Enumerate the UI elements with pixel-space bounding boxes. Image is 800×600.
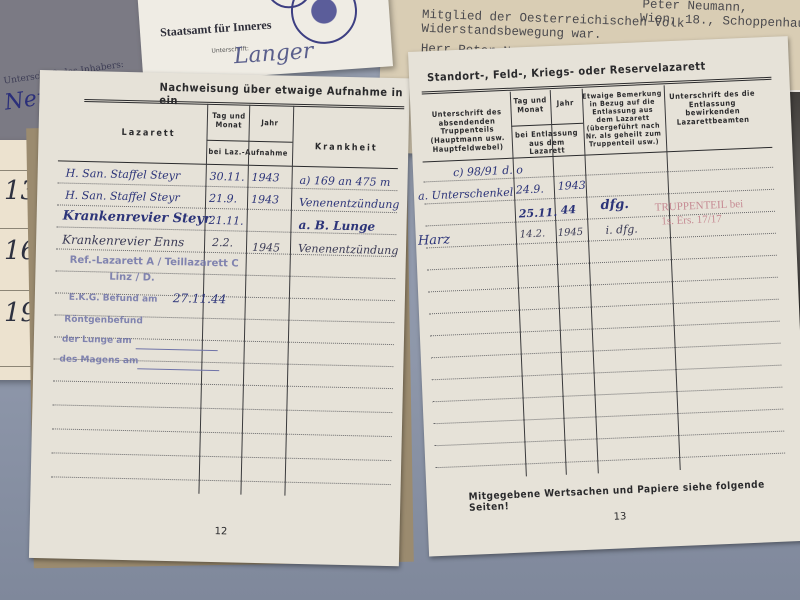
lazarett-stamp: Ref.-Lazarett A / Teillazarett C [70, 255, 239, 270]
col-header-jahr: Jahr [550, 99, 580, 109]
cell-bemerkung: i. dfg. [605, 223, 638, 237]
cell-jahr: 44 [560, 203, 576, 217]
col-header-bemerkung: Etwaige Bemerkung in Bezug auf die Entla… [582, 89, 664, 149]
row-line [53, 380, 393, 389]
exam-label: der Lunge am [62, 335, 132, 347]
unit-stamp: 1s. Ers. 17/17 [661, 213, 722, 228]
cell-tag: 2.2. [212, 236, 233, 249]
cell-jahr: 1943 [251, 193, 279, 207]
cell-lazarett: H. San. Staffel Steyr [65, 189, 180, 205]
cell-jahr: 1945 [557, 227, 583, 239]
cell-lazarett: H. San. Staffel Steyr [66, 167, 181, 183]
col-header-jahr: Jahr [251, 119, 289, 128]
cell-jahr: 1945 [252, 241, 280, 255]
cell-lazarett: Krankenrevier Enns [62, 233, 184, 250]
cell-tag: 14.2. [520, 228, 546, 240]
row-line [425, 211, 775, 227]
row-line [51, 476, 391, 485]
cell-unterschrift: Harz [418, 232, 451, 248]
col-header-krankheit: Krankheit [296, 142, 396, 155]
col-header-unterschrift-truppenteil: Unterschrift des absendenden Truppenteil… [423, 108, 513, 155]
column-line [240, 105, 250, 495]
col-header-unterschrift-beamten: Unterschrift des die Entlassung bewirken… [666, 89, 759, 127]
office-name: Staatsamt für Inneres [160, 18, 272, 41]
row-line [429, 299, 779, 315]
booklet-page-13: Standort-, Feld-, Kriegs- oder Reservela… [408, 36, 800, 556]
col-header-bei-entlassung: bei Entlassung aus dem Lazarett [511, 129, 582, 158]
cell-tag: 30.11. [209, 170, 244, 184]
unit-stamp: TRUPPENTEIL bei [654, 198, 743, 214]
cell-bemerkung: dfg. [600, 197, 629, 213]
page-number: 12 [214, 526, 227, 537]
cell-tag: 21.9. [209, 192, 237, 206]
cell-krankheit: a. B. Lunge [298, 218, 375, 234]
booklet-page-12: Nachweisung über etwaige Aufnahme in ein… [29, 70, 410, 566]
cell-krankheit: Venenentzündung [299, 196, 400, 211]
col-header-tag-monat: Tag und Monat [209, 112, 249, 130]
row-line [435, 453, 785, 469]
row-line [55, 270, 395, 279]
exam-label: des Magens am [59, 355, 138, 367]
cell-krankheit: Venenentzündung [298, 242, 399, 257]
cell-krankheit: a) 169 an 475 m [299, 174, 390, 189]
footer-note: Mitgegebene Wertsachen und Papiere siehe… [468, 478, 800, 514]
row-line [52, 428, 392, 437]
exam-date: 27.11.44 [173, 291, 227, 306]
blank-line [137, 368, 219, 371]
col-header-lazarett: Lazarett [78, 127, 218, 141]
row-line [433, 387, 783, 403]
cell-tag: 21.11. [208, 214, 243, 228]
handwritten-signature: Langer [233, 39, 314, 69]
exam-label: Röntgenbefund [64, 315, 143, 327]
row-line [51, 452, 391, 461]
page-number: 13 [613, 511, 626, 523]
row-line [434, 409, 784, 425]
cell-tag: 25.11. [519, 206, 558, 221]
row-line [426, 233, 776, 249]
lazarett-stamp: Linz / D. [109, 272, 155, 284]
cell-jahr: 1943 [251, 171, 279, 185]
row-line [431, 343, 781, 359]
row-line [52, 404, 392, 413]
row-line [428, 277, 778, 293]
row-line [430, 321, 780, 337]
row-line [432, 365, 782, 381]
cell-tag: 24.9. [516, 182, 545, 196]
exam-label: E.K.G. Befund am [69, 293, 158, 305]
blank-line [136, 348, 218, 351]
col-header-tag-monat: Tag und Monat [510, 96, 551, 115]
cell-jahr: 1943 [557, 179, 586, 193]
row-line [427, 255, 777, 271]
row-line [434, 431, 784, 447]
column-line [284, 106, 294, 496]
cell-lazarett: Krankenrevier Steyr [63, 209, 211, 227]
divider [511, 123, 583, 127]
